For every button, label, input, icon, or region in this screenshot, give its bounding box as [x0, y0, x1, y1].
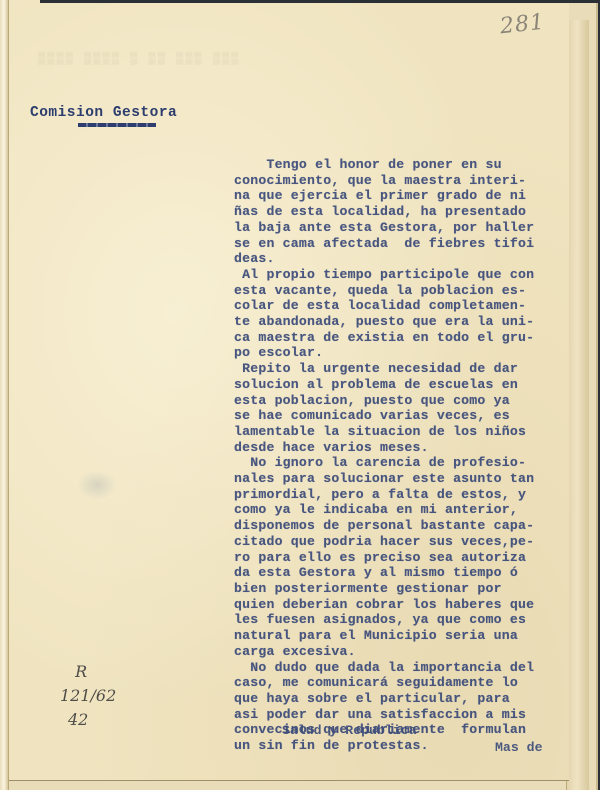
- letter-line: asi poder dar una satisfaccion a mis: [234, 707, 574, 723]
- archive-reference: R 121/62 42: [60, 660, 116, 732]
- letter-line: como ya le indicaba en mi anterior,: [234, 502, 574, 518]
- letter-line: te abandonada, puesto que era la uni-: [234, 314, 574, 330]
- letter-line: quien deberian cobrar los haberes que: [234, 597, 574, 613]
- letter-line: citado que podria hacer sus veces,pe-: [234, 534, 574, 550]
- letter-line: natural para el Municipio seria una: [234, 628, 574, 644]
- letter-body: Tengo el honor de poner en suconocimient…: [234, 157, 574, 754]
- sender-name: Comision Gestora: [30, 105, 177, 121]
- letter-line: ca maestra de existia en todo el gru-: [234, 330, 574, 346]
- archive-ref-sub: 42: [40, 708, 116, 732]
- letter-line: esta poblacion, puesto que como ya: [234, 393, 574, 409]
- letter-line: Al propio tiempo participole que con: [234, 267, 574, 283]
- letter-line: se hae comunicado varias veces, es: [234, 408, 574, 424]
- letter-line: disponemos de personal bastante capa-: [234, 518, 574, 534]
- letter-line: na que ejercia el primer grado de ni: [234, 188, 574, 204]
- letter-line: lamentable la situacion de los niños: [234, 424, 574, 440]
- left-fold-edge: [0, 0, 9, 790]
- letter-line: No ignoro la carencia de profesio-: [234, 455, 574, 471]
- letter-line: da esta Gestora y al mismo tiempo ó: [234, 565, 574, 581]
- letter-line: ro para ello es preciso sea autoriza: [234, 550, 574, 566]
- letter-line: carga excesiva.: [234, 644, 574, 660]
- date-fragment: Mas de: [495, 740, 542, 755]
- letter-line: No dudo que dada la importancia del: [234, 660, 574, 676]
- letter-line: po escolar.: [234, 345, 574, 361]
- letter-line: desde hace varios meses.: [234, 440, 574, 456]
- scan-top-edge: [40, 0, 600, 3]
- archive-ref-letter: R: [46, 660, 116, 684]
- letter-line: se en cama afectada de fiebres tifoi: [234, 236, 574, 252]
- letter-line: caso, me comunicará seguidamente lo: [234, 675, 574, 691]
- letter-line: les fuesen asignados, ya que como es: [234, 612, 574, 628]
- sender-underline: [78, 123, 156, 127]
- letter-line: ñas de esta localidad, ha presentado: [234, 204, 574, 220]
- letter-line: esta vacante, queda la poblacion es-: [234, 283, 574, 299]
- letter-line: que haya sobre el particular, para: [234, 691, 574, 707]
- letter-line: Repito la urgente necesidad de dar: [234, 361, 574, 377]
- letter-line: Tengo el honor de poner en su: [234, 157, 574, 173]
- letter-line: deas.: [234, 251, 574, 267]
- bleed-through-text: ▒▒▒▒ ▒▒▒▒ ▒ ▒▒ ▒▒▒ ▒▒▒: [38, 52, 240, 66]
- letter-line: la baja ante esta Gestora, por haller: [234, 220, 574, 236]
- archive-ref-number: 121/62: [60, 684, 116, 708]
- ink-smudge: [77, 470, 117, 500]
- closing-salutation: Salud y Republica: [282, 723, 417, 738]
- letter-line: solucion al problema de escuelas en: [234, 377, 574, 393]
- letter-line: bien posteriormente gestionar por: [234, 581, 574, 597]
- letter-line: colar de esta localidad completamen-: [234, 298, 574, 314]
- sender-heading: Comision Gestora: [30, 105, 177, 127]
- folio-number: 281: [499, 10, 546, 40]
- letter-line: primordial, pero a falta de estos, y: [234, 487, 574, 503]
- letter-line: conocimiento, que la maestra interi-: [234, 173, 574, 189]
- letter-line: nales para solucionar este asunto tan: [234, 471, 574, 487]
